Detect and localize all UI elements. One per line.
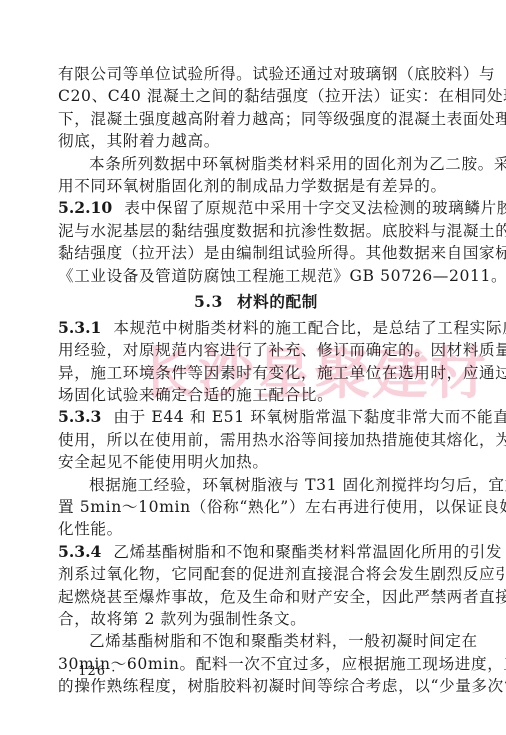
text-line: 5.2.10表中保留了原规范中采用十字交叉法检测的玻璃鳞片胶 xyxy=(58,197,454,219)
text-line: 5.3.1本规范中树脂类材料的施工配合比，是总结了工程实际应 xyxy=(58,317,454,339)
text-line: C20、C40 混凝土之间的黏结强度（拉开法）证实：在相同处理条件 xyxy=(58,85,454,107)
text-line: 彻底，其附着力越高。 xyxy=(58,130,454,152)
clause-5-3-4: 5.3.4乙烯基酯树脂和不饱和聚酯类材料常温固化所用的引发 剂系过氧化物，它同配… xyxy=(58,541,454,631)
text-line: 用不同环氧树脂固化剂的制成品力学数据是有差异的。 xyxy=(58,175,454,197)
text-line: 乙烯基酯树脂和不饱和聚酯类材料，一般初凝时间定在 xyxy=(58,630,454,652)
text-line: 5.3.4乙烯基酯树脂和不饱和聚酯类材料常温固化所用的引发 xyxy=(58,541,454,563)
text-line: 黏结强度（拉开法）是由编制组试验所得。其他数据来自国家标准 xyxy=(58,242,454,264)
text-line: 起燃烧甚至爆炸事故，危及生命和财产安全，因此严禁两者直接混 xyxy=(58,586,454,608)
text-line: 安全起见不能使用明火加热。 xyxy=(58,451,454,473)
text-line: 用经验，对原规范内容进行了补充、修订而确定的。因材料质量差 xyxy=(58,339,454,361)
text-line: 置 5min～10min（俗称“熟化”）左右再进行使用，以保证良好的固 xyxy=(58,496,454,518)
text-line: 异，施工环境条件等因素时有变化，施工单位在选用时，应通过现 xyxy=(58,362,454,384)
text-line: 下，混凝土强度越高附着力越高；同等级强度的混凝土表面处理越 xyxy=(58,108,454,130)
text-line: 合，故将第 2 款列为强制性条文。 xyxy=(58,608,454,630)
clause-5-2-10: 5.2.10表中保留了原规范中采用十字交叉法检测的玻璃鳞片胶 泥与水泥基层的黏结… xyxy=(58,197,454,287)
text-line: 场固化试验来确定合适的施工配合比。 xyxy=(58,384,454,406)
clause-5-3-3: 5.3.3由于 E44 和 E51 环氧树脂常温下黏度非常大而不能直接 使用，所… xyxy=(58,406,454,473)
paragraph-t31-curing: 根据施工经验，环氧树脂液与 T31 固化剂搅拌均匀后，宜放 置 5min～10m… xyxy=(58,474,454,541)
text-line: 使用，所以在使用前，需用热水浴等间接加热措施使其熔化，为了 xyxy=(58,429,454,451)
text-line: 的操作熟练程度，树脂胶料初凝时间等综合考虑，以“少量多次”为 xyxy=(58,675,454,697)
paragraph-initial-setting: 乙烯基酯树脂和不饱和聚酯类材料，一般初凝时间定在 30min～60min。配料一… xyxy=(58,630,454,697)
text-line: 化性能。 xyxy=(58,518,454,540)
document-body: 有限公司等单位试验所得。试验还通过对玻璃钢（底胶料）与 C20、C40 混凝土之… xyxy=(58,63,454,698)
text-line: 剂系过氧化物，它同配套的促进剂直接混合将会发生剧烈反应引 xyxy=(58,563,454,585)
clause-number: 5.3.4 xyxy=(58,542,101,561)
text-line: 5.3.3由于 E44 和 E51 环氧树脂常温下黏度非常大而不能直接 xyxy=(58,406,454,428)
section-heading: 5.3材料的配制 xyxy=(58,287,454,317)
clause-5-3-1: 5.3.1本规范中树脂类材料的施工配合比，是总结了工程实际应 用经验，对原规范内… xyxy=(58,317,454,407)
page-number: · 126 · xyxy=(68,664,116,679)
paragraph-curing-agent: 本条所列数据中环氧树脂类材料采用的固化剂为乙二胺。采 用不同环氧树脂固化剂的制成… xyxy=(58,153,454,198)
text-line: 《工业设备及管道防腐蚀工程施工规范》GB 50726—2011。 xyxy=(58,265,454,287)
text-line: 根据施工经验，环氧树脂液与 T31 固化剂搅拌均匀后，宜放 xyxy=(58,474,454,496)
text-line: 30min～60min。配料一次不宜过多，应根据施工现场进度，工人 xyxy=(58,653,454,675)
section-number: 5.3 xyxy=(194,292,223,311)
text-line: 泥与水泥基层的黏结强度数据和抗渗性数据。底胶料与混凝土的 xyxy=(58,220,454,242)
paragraph-continuation: 有限公司等单位试验所得。试验还通过对玻璃钢（底胶料）与 C20、C40 混凝土之… xyxy=(58,63,454,153)
section-title: 材料的配制 xyxy=(237,292,318,311)
clause-number: 5.3.1 xyxy=(58,318,101,337)
clause-number: 5.2.10 xyxy=(58,198,112,217)
text-line: 本条所列数据中环氧树脂类材料采用的固化剂为乙二胺。采 xyxy=(58,153,454,175)
clause-number: 5.3.3 xyxy=(58,407,101,426)
text-line: 有限公司等单位试验所得。试验还通过对玻璃钢（底胶料）与 xyxy=(58,63,454,85)
